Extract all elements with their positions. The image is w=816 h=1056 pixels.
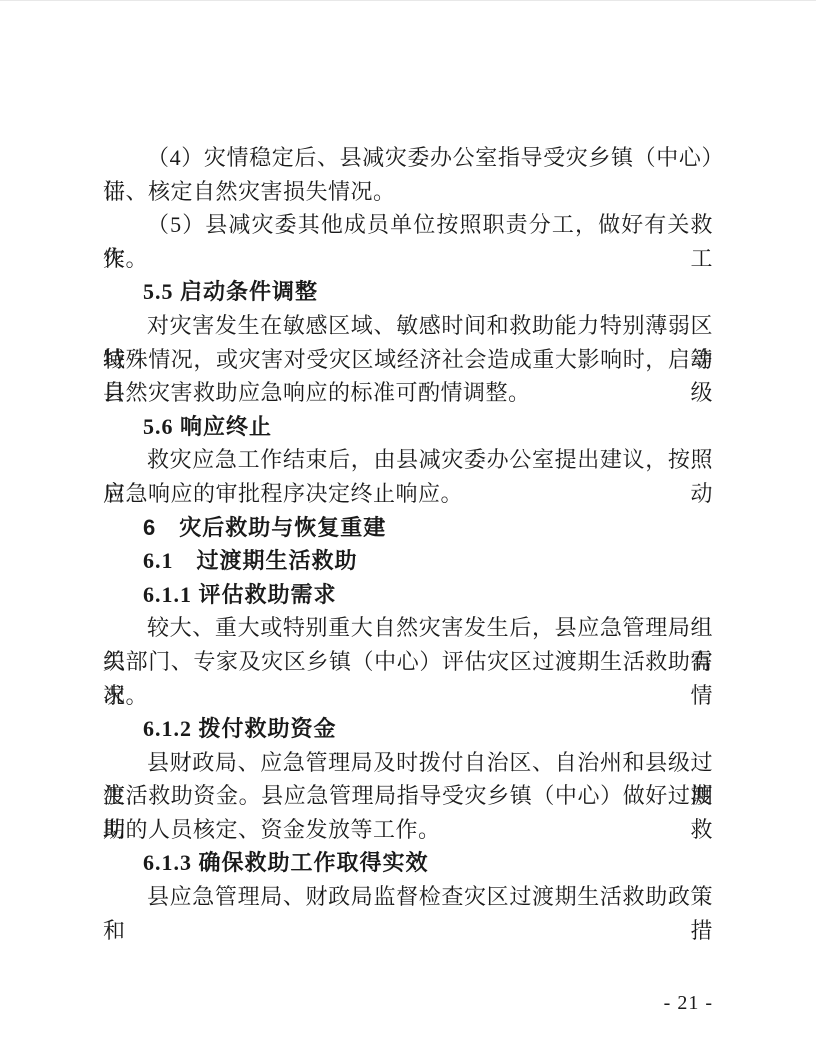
- text-line: 县应急管理局、财政局监督检查灾区过渡期生活救助政策和措: [103, 880, 713, 914]
- text-line: 县财政局、应急管理局及时拨付自治区、自治州和县级过渡期: [103, 746, 713, 780]
- text-line: 较大、重大或特别重大自然灾害发生后，县应急管理局组织有: [103, 611, 713, 645]
- document-page: （4）灾情稳定后、县减灾委办公室指导受灾乡镇（中心）评估、核定自然灾害损失情况。…: [0, 0, 816, 1056]
- section-heading: 6.1.1 评估救助需求: [103, 578, 713, 612]
- section-heading: 5.5 启动条件调整: [103, 275, 713, 309]
- section-heading: 6.1.2 拨付救助资金: [103, 712, 713, 746]
- text-line: 特殊情况，或灾害对受灾区域经济社会造成重大影响时，启动县级: [103, 343, 713, 377]
- text-line: （5）县减灾委其他成员单位按照职责分工，做好有关救灾工: [103, 208, 713, 242]
- text-line: 估、核定自然灾害损失情况。: [103, 175, 713, 209]
- text-line: 关部门、专家及灾区乡镇（中心）评估灾区过渡期生活救助需求情: [103, 645, 713, 679]
- text-line: 对灾害发生在敏感区域、敏感时间和救助能力特别薄弱区域等: [103, 309, 713, 343]
- section-heading: 6.1.3 确保救助工作取得实效: [103, 846, 713, 880]
- text-line: 救灾应急工作结束后，由县减灾委办公室提出建议，按照启动: [103, 443, 713, 477]
- text-line: 生活救助资金。县应急管理局指导受灾乡镇（中心）做好过渡期救: [103, 779, 713, 813]
- chapter-heading: 6 灾后救助与恢复重建: [103, 511, 713, 545]
- section-heading: 5.6 响应终止: [103, 410, 713, 444]
- page-number: - 21 -: [103, 992, 713, 1014]
- section-heading: 6.1 过渡期生活救助: [103, 544, 713, 578]
- document-body: （4）灾情稳定后、县减灾委办公室指导受灾乡镇（中心）评估、核定自然灾害损失情况。…: [103, 141, 713, 914]
- text-line: （4）灾情稳定后、县减灾委办公室指导受灾乡镇（中心）评: [103, 141, 713, 175]
